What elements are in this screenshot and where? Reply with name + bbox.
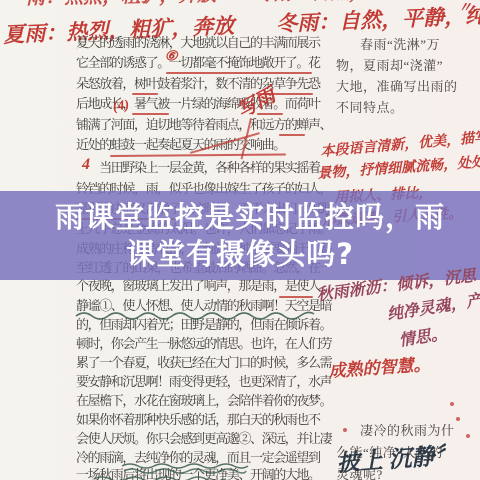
body-text-line: 在屋檐下，水花在窗玻璃上，会陪伴着你的夜梦。 [76,394,318,407]
overlay-title-line2: 课堂有摄像头吗? [0,240,480,269]
margin-note-summer-line: 春雨“洗淋”万 [336,38,440,51]
red-underline [279,134,305,136]
red-ink-speck [456,417,460,421]
wavy-underline [76,310,314,320]
body-text-line: 当田野染上一层金黄，各种各样的果实摇着 [76,161,318,174]
margin-maturity-comment: 成熟的智慧。 [328,356,431,380]
body-text-line: 会使人厌烦。你只会感到更高邈②、深远，并让凄 [76,432,318,445]
red-underline [166,72,312,74]
wavy-underline [94,476,226,480]
red-ink-speck [450,402,454,406]
red-underline [110,153,286,157]
margin-autumn-comment-line: 情思。 [398,326,448,349]
handwritten-mark-paren-four: (4) [112,99,130,115]
handwritten-top-clipped-fragment: 雨：热烈，粗犷，奔放 冬雨：自然，平静 [26,0,406,8]
body-text-line: 朵怒放着，树叶鼓着浆汁，数不清的杂草争先恐 [76,77,318,90]
red-underline [132,113,169,115]
margin-red-comment-line: 本段语言清新，优美，描写 [320,131,480,160]
body-text-line: 铺满了河面，迫切地等待着雨点，和远方的蝉声、 [76,118,318,131]
red-ink-speck [466,434,470,438]
margin-note-summer-line: 不同特点。 [336,101,404,114]
red-underline [279,296,313,298]
body-text-line: 它全部的诱惑了。一切都毫不掩饰地敞开了。花 [76,56,318,69]
margin-note-summer-line: 物，夏雨却“浇灌” [336,59,443,72]
red-underline [257,93,313,95]
body-text-line: 要安静和沉思啊！雨变得更轻，也更深情了，水声 [76,375,318,388]
margin-note-summer-line: 大地，准确写出雨的 [336,80,458,93]
handwritten-corner-squiggle: 〃 [458,2,472,16]
wavy-underline [122,462,248,474]
body-text-line: 累了一个春夏，收获已经在大门口的时候，多么需 [76,356,318,369]
body-text-line: 如果你怀着那种快乐感的话，那白天的秋雨也不 [76,413,318,426]
margin-red-comment-line: 景物，抒情细腻流畅，处处 [317,156,480,182]
overlay-title-line1: 雨课堂监控是实时监控吗，雨 [0,203,480,232]
red-underline [132,93,158,95]
margin-autumn-comment-line: 纯净灵魂，产生 [386,290,480,323]
body-text-line: 个夜晚，窗玻璃上发出了响声，那是雨，是使人 [76,279,318,292]
body-text-line: 顿时，你会产生一脉悠远的情思。也许，在人们劳 [76,337,318,350]
handwritten-paragraph-number: 4 [82,157,90,173]
textbook-photo: 雨：热烈，粗犷，奔放 冬雨：自然，平静 夏雨：热烈，粗犷，奔放 冬雨：自然，平静… [0,0,480,480]
margin-note-question-line: 凄冷的秋雨为什 [336,424,455,437]
body-text-line: 夏天的透雨的浇淋，大地就以自己的丰满而展示 [76,36,318,49]
red-underline [257,113,283,115]
handwritten-mark-circle-six: ⑥ [163,49,178,65]
